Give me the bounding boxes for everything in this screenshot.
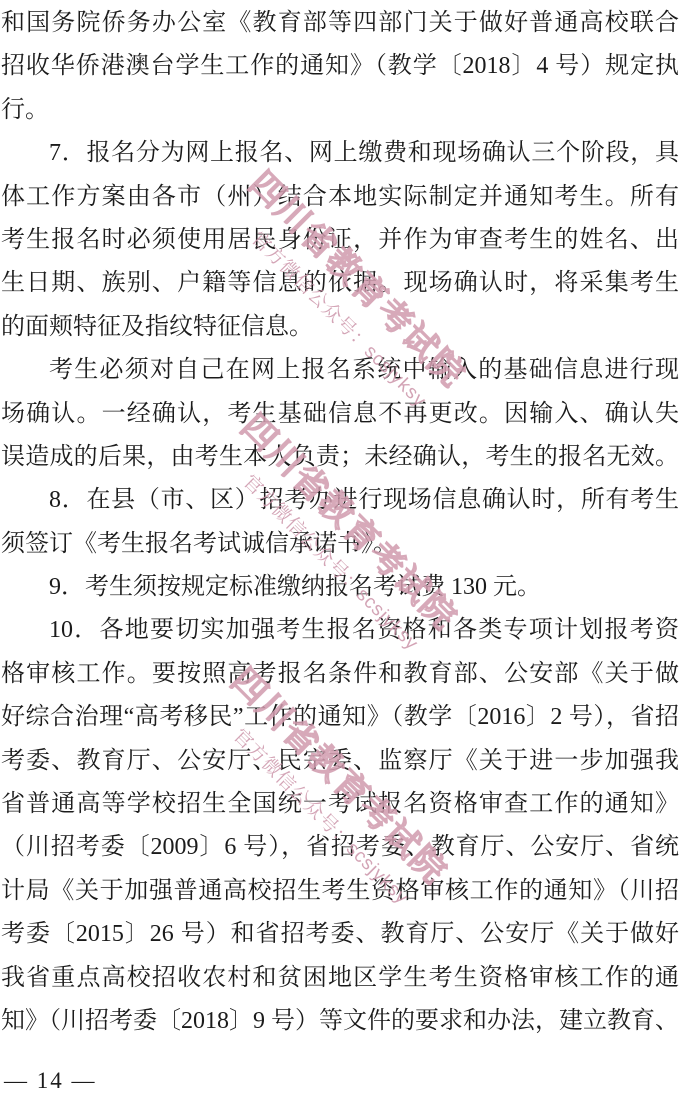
text-line: 格审核工作。要按照高考报名条件和教育部、公安部《关于做 <box>1 653 679 696</box>
text-line: 生日期、族别、户籍等信息的依据。现场确认时，将采集考生 <box>1 262 679 305</box>
text-line: （川招考委〔2009〕6 号），省招考委、教育厅、公安厅、省统 <box>1 826 679 869</box>
text-line: 9．考生须按规定标准缴纳报名考试费 130 元。 <box>1 566 679 609</box>
text-line: 和国务院侨务办公室《教育部等四部门关于做好普通高校联合 <box>1 2 679 45</box>
text-line: 考委〔2015〕26 号）和省招考委、教育厅、公安厅《关于做好 <box>1 913 679 956</box>
text-line: 计局《关于加强普通高校招生考生资格审核工作的通知》（川招 <box>1 870 679 913</box>
text-line: 好综合治理“高考移民”工作的通知》（教学〔2016〕2 号），省招 <box>1 696 679 739</box>
page-number: — 14 — <box>4 1068 97 1094</box>
text-line: 考生必须对自己在网上报名系统中输入的基础信息进行现 <box>1 349 679 392</box>
text-line: 场确认。一经确认，考生基础信息不再更改。因输入、确认失 <box>1 393 679 436</box>
text-line: 误造成的后果，由考生本人负责；未经确认，考生的报名无效。 <box>1 436 679 479</box>
document-body: 和国务院侨务办公室《教育部等四部门关于做好普通高校联合 招收华侨港澳台学生工作的… <box>1 2 679 1043</box>
text-line: 知》（川招考委〔2018〕9 号）等文件的要求和办法，建立教育、 <box>1 1000 679 1043</box>
text-line: 我省重点高校招收农村和贫困地区学生考生资格审核工作的通 <box>1 957 679 1000</box>
text-line: 招收华侨港澳台学生工作的通知》（教学〔2018〕4 号）规定执 <box>1 45 679 88</box>
text-line: 8．在县（市、区）招考办进行现场信息确认时，所有考生 <box>1 479 679 522</box>
text-line: 的面颊特征及指纹特征信息。 <box>1 306 679 349</box>
text-line: 须签订《考生报名考试诚信承诺书》。 <box>1 523 679 566</box>
text-line: 省普通高等学校招生全国统一考试报名资格审查工作的通知》 <box>1 783 679 826</box>
text-line: 10．各地要切实加强考生报名资格和各类专项计划报考资 <box>1 609 679 652</box>
text-line: 行。 <box>1 89 679 132</box>
text-line: 考委、教育厅、公安厅、民宗委、监察厅《关于进一步加强我 <box>1 740 679 783</box>
text-line: 7．报名分为网上报名、网上缴费和现场确认三个阶段，具 <box>1 132 679 175</box>
text-line: 考生报名时必须使用居民身份证，并作为审查考生的姓名、出 <box>1 219 679 262</box>
text-line: 体工作方案由各市（州）结合本地实际制定并通知考生。所有 <box>1 176 679 219</box>
